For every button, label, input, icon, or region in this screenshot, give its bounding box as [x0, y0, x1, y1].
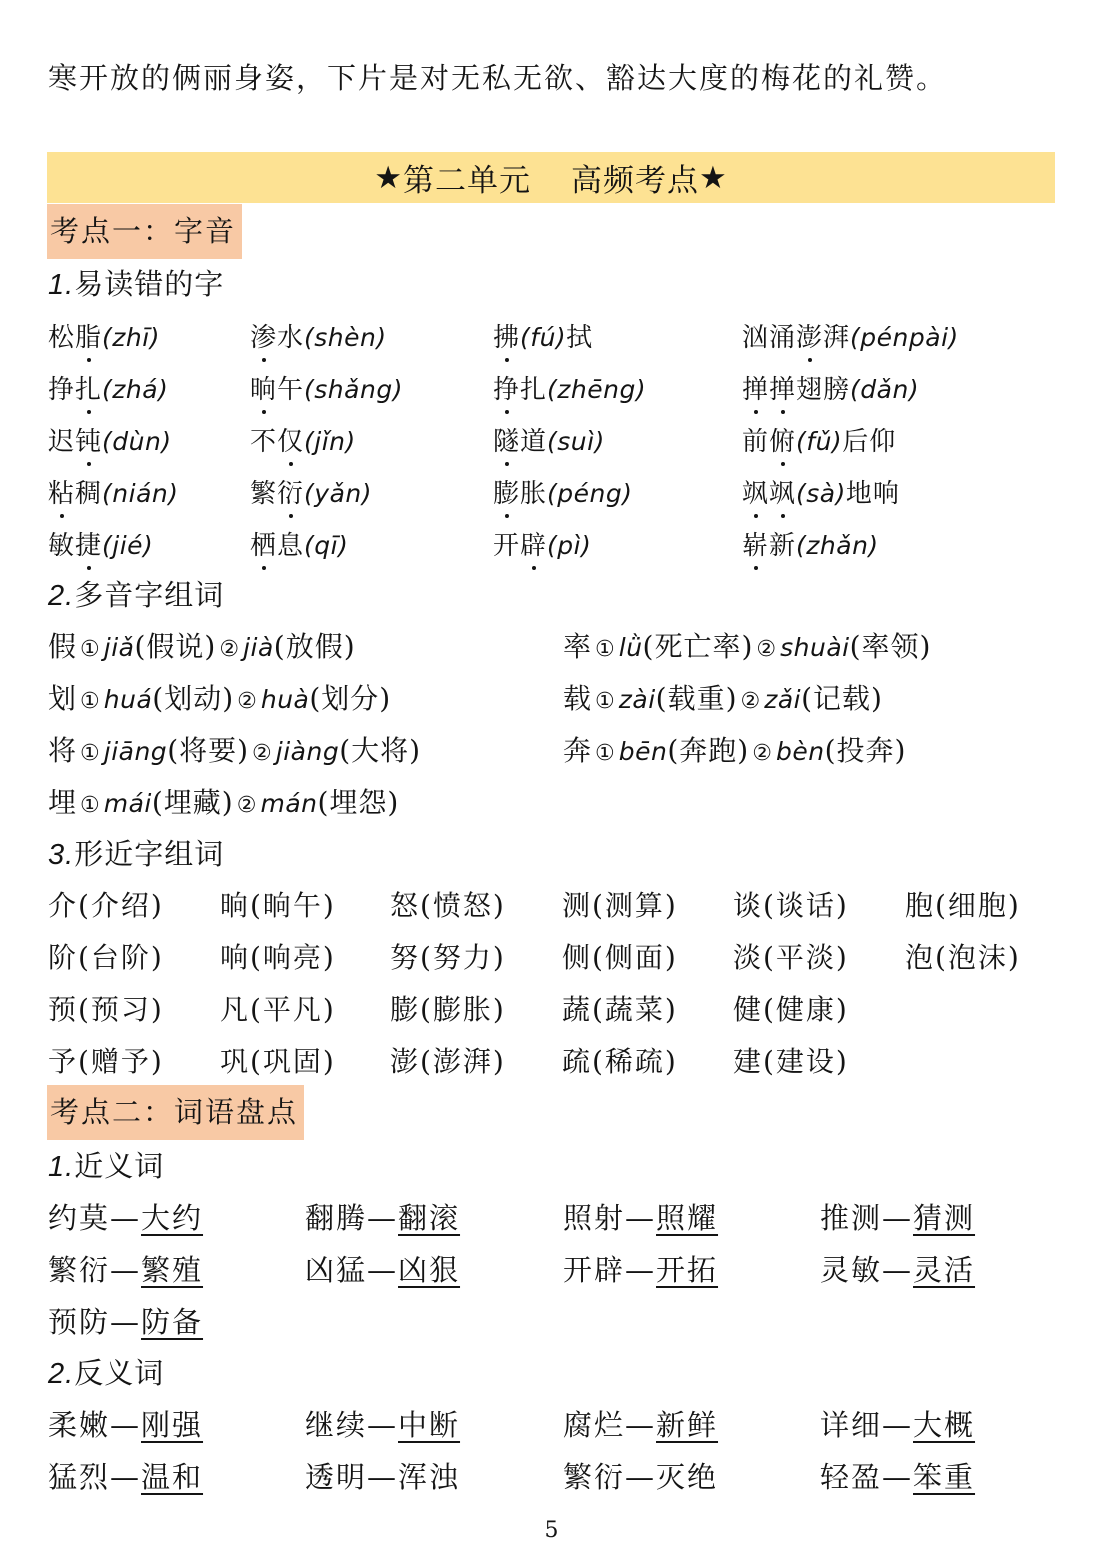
dash: —: [110, 1460, 141, 1494]
character-text: 不: [250, 427, 277, 457]
pronunciation-item: 迟钝(dùn): [48, 424, 172, 460]
similar-character-item: 膨(膨胀): [390, 992, 506, 1028]
circled-number-2: ②: [237, 793, 258, 818]
word: 轻盈: [820, 1460, 882, 1494]
word: 透明: [305, 1460, 367, 1494]
pronunciation-item: 栖息(qī): [250, 528, 348, 564]
answer-word: 猜测: [913, 1201, 975, 1235]
character-text: 息: [277, 531, 304, 561]
word: 柔嫩: [48, 1408, 110, 1442]
dash: —: [625, 1201, 656, 1235]
pinyin: (jié): [102, 531, 153, 560]
polyphonic-item: 奔①bēn(奔跑)②bèn(投奔): [563, 733, 906, 772]
pinyin: (suì): [547, 427, 605, 456]
circled-number-2: ②: [219, 637, 240, 662]
pronunciation-item: 拂(fú)拭: [493, 320, 593, 356]
dash: —: [367, 1408, 398, 1442]
word: 繁衍: [563, 1460, 625, 1494]
circled-number-2: ②: [252, 741, 273, 766]
synonym-pair: 推测—猜测: [820, 1200, 975, 1236]
example-word: (大将): [339, 734, 421, 767]
similar-character-item: 介(介绍): [48, 888, 164, 924]
character-text: 午: [277, 375, 304, 405]
pinyin: jiàng: [276, 737, 339, 766]
pinyin: (jǐn): [304, 427, 356, 456]
character-text: 繁: [250, 479, 277, 509]
character-text: 水: [277, 323, 304, 353]
pinyin: bèn: [776, 737, 825, 766]
similar-character-item: 凡(平凡): [220, 992, 336, 1028]
word: 继续: [305, 1408, 367, 1442]
example-word: (埋怨): [318, 786, 400, 819]
dash: —: [110, 1305, 141, 1339]
character-text: 汹涌: [742, 323, 796, 353]
character-text: 拭: [566, 323, 593, 353]
similar-character-item: 巩(巩固): [220, 1044, 336, 1080]
character-text: 松: [48, 323, 75, 353]
emphasized-character: 崭: [742, 528, 769, 564]
pronunciation-item: 开辟(pì): [493, 528, 591, 564]
emphasized-character: 仅: [277, 424, 304, 460]
character: 奔: [563, 734, 592, 767]
character-text: 扎: [520, 375, 547, 405]
star-icon: ★: [374, 160, 403, 196]
pronunciation-item: 汹涌澎湃(pénpài): [742, 320, 959, 356]
word: 腐烂: [563, 1408, 625, 1442]
similar-character-item: 怒(愤怒): [390, 888, 506, 924]
antonym-pair: 腐烂—新鲜: [563, 1407, 718, 1443]
pinyin: jiǎ: [104, 633, 135, 662]
pinyin: (zhá): [102, 375, 168, 404]
pronunciation-item: 渗水(shèn): [250, 320, 387, 356]
banner-unit-title: 第二单元: [403, 155, 531, 200]
example-word: (记载): [801, 682, 883, 715]
answer-word: 温和: [141, 1460, 203, 1494]
banner-subtitle: 高频考点: [571, 155, 699, 200]
dash: —: [110, 1253, 141, 1287]
emphasized-character: 衍: [277, 476, 304, 512]
pinyin: bēn: [619, 737, 668, 766]
answer-word: 新鲜: [656, 1408, 718, 1442]
word: 照射: [563, 1201, 625, 1235]
pinyin: (péng): [547, 479, 632, 508]
synonym-pair: 翻腾—翻滚: [305, 1200, 460, 1236]
dash: —: [625, 1253, 656, 1287]
antonym-pair: 继续—中断: [305, 1407, 460, 1443]
antonym-pair: 轻盈—笨重: [820, 1459, 975, 1495]
pinyin: (pénpài): [850, 323, 959, 352]
dash: —: [882, 1253, 913, 1287]
pronunciation-item: 隧道(suì): [493, 424, 605, 460]
subheading-misread-characters: 1.易读错的字: [48, 266, 224, 303]
unit-banner: ★ 第二单元 高频考点 ★: [47, 152, 1055, 203]
pronunciation-item: 飒飒(sà)地响: [742, 476, 900, 512]
emphasized-character: 拂: [493, 320, 520, 356]
emphasized-character: 扎: [75, 372, 102, 408]
pinyin: shuài: [780, 633, 849, 662]
word: 猛烈: [48, 1460, 110, 1494]
pronunciation-item: 粘稠(nián): [48, 476, 179, 512]
dash: —: [367, 1253, 398, 1287]
circled-number-1: ①: [595, 741, 616, 766]
antonym-pair: 透明—浑浊: [305, 1459, 460, 1495]
word: 预防: [48, 1305, 110, 1339]
section-heading-pronunciation: 考点一：字音: [47, 204, 242, 259]
pinyin: huá: [104, 685, 153, 714]
emphasized-character: 晌: [250, 372, 277, 408]
similar-character-item: 疏(稀疏): [562, 1044, 678, 1080]
circled-number-2: ②: [756, 637, 777, 662]
synonym-pair: 照射—照耀: [563, 1200, 718, 1236]
word: 约莫: [48, 1201, 110, 1235]
similar-character-item: 晌(晌午): [220, 888, 336, 924]
character-text: 湃: [823, 323, 850, 353]
similar-character-item: 淡(平淡): [733, 940, 849, 976]
polyphonic-item: 假①jiǎ(假说)②jià(放假): [48, 629, 356, 668]
answer-word: 照耀: [656, 1201, 718, 1235]
synonym-pair: 凶猛—凶狠: [305, 1252, 460, 1288]
pinyin: (shǎng): [304, 375, 403, 404]
dash: —: [110, 1408, 141, 1442]
circled-number-2: ②: [741, 689, 762, 714]
character: 载: [563, 682, 592, 715]
pinyin: (zhēng): [547, 375, 646, 404]
pronunciation-item: 晌午(shǎng): [250, 372, 403, 408]
dash: —: [625, 1408, 656, 1442]
circled-number-2: ②: [237, 689, 258, 714]
synonym-pair: 开辟—开拓: [563, 1252, 718, 1288]
character-text: 迟: [48, 427, 75, 457]
document-page: 寒开放的俩丽身姿，下片是对无私无欲、豁达大度的梅花的礼赞。 ★ 第二单元 高频考…: [0, 0, 1103, 1559]
similar-character-item: 响(响亮): [220, 940, 336, 976]
pronunciation-item: 前俯(fǔ)后仰: [742, 424, 896, 460]
pronunciation-item: 膨胀(péng): [493, 476, 633, 512]
antonym-pair: 柔嫩—刚强: [48, 1407, 203, 1443]
similar-character-item: 蔬(蔬菜): [562, 992, 678, 1028]
pinyin: (nián): [102, 479, 178, 508]
character: 假: [48, 630, 77, 663]
word: 凶猛: [305, 1253, 367, 1287]
pinyin: huà: [261, 685, 310, 714]
answer-word: 开拓: [656, 1253, 718, 1287]
dash: —: [367, 1460, 398, 1494]
page-number: 5: [0, 1518, 1103, 1543]
pinyin: (zhī): [102, 323, 160, 352]
subheading-synonyms: 1.近义词: [48, 1148, 164, 1185]
similar-character-item: 泡(泡沫): [905, 940, 1021, 976]
character-text: 翅膀: [796, 375, 850, 405]
emphasized-character: 栖: [250, 528, 277, 564]
subheading-similar-characters: 3.形近字组词: [48, 836, 224, 873]
similar-character-item: 阶(台阶): [48, 940, 164, 976]
dash: —: [882, 1201, 913, 1235]
character: 埋: [48, 786, 77, 819]
synonym-pair: 繁衍—繁殖: [48, 1252, 203, 1288]
answer-word: 大约: [141, 1201, 203, 1235]
circled-number-1: ①: [80, 689, 101, 714]
polyphonic-item: 载①zài(载重)②zǎi(记载): [563, 681, 883, 720]
circled-number-1: ①: [80, 741, 101, 766]
polyphonic-item: 划①huá(划动)②huà(划分): [48, 681, 391, 720]
example-word: (划动): [152, 682, 234, 715]
character-text: 道: [520, 427, 547, 457]
pinyin: (sà): [796, 479, 846, 508]
antonym-pair: 详细—大概: [820, 1407, 975, 1443]
similar-character-item: 健(健康): [733, 992, 849, 1028]
emphasized-character: 辟: [520, 528, 547, 564]
character: 率: [563, 630, 592, 663]
emphasized-character: 俯: [769, 424, 796, 460]
emphasized-character: 捷: [75, 528, 102, 564]
circled-number-1: ①: [595, 637, 616, 662]
character-text: 后仰: [842, 427, 896, 457]
pinyin: (fǔ): [796, 427, 842, 456]
emphasized-character: 粘: [48, 476, 75, 512]
example-word: (埋藏): [152, 786, 234, 819]
circled-number-1: ①: [80, 637, 101, 662]
pinyin: (dùn): [102, 427, 172, 456]
dash: —: [625, 1460, 656, 1494]
emphasized-character: 脂: [75, 320, 102, 356]
character-text: 敏: [48, 531, 75, 561]
antonym-pair: 猛烈—温和: [48, 1459, 203, 1495]
word: 详细: [820, 1408, 882, 1442]
pronunciation-item: 不仅(jǐn): [250, 424, 356, 460]
example-word: (放假): [274, 630, 356, 663]
emphasized-character: 掸: [742, 372, 769, 408]
polyphonic-item: 将①jiāng(将要)②jiàng(大将): [48, 733, 421, 772]
similar-character-item: 侧(侧面): [562, 940, 678, 976]
similar-character-item: 澎(澎湃): [390, 1044, 506, 1080]
example-word: (奔跑): [667, 734, 749, 767]
circled-number-1: ①: [595, 689, 616, 714]
example-word: (率领): [850, 630, 932, 663]
pronunciation-item: 挣扎(zhá): [48, 372, 168, 408]
answer-word: 凶狠: [398, 1253, 460, 1287]
intro-paragraph: 寒开放的俩丽身姿，下片是对无私无欲、豁达大度的梅花的礼赞。: [48, 60, 947, 96]
pronunciation-item: 敏捷(jié): [48, 528, 153, 564]
character: 将: [48, 734, 77, 767]
subheading-antonyms: 2.反义词: [48, 1355, 164, 1392]
answer-word: 浑浊: [398, 1460, 460, 1494]
emphasized-character: 隧: [493, 424, 520, 460]
pronunciation-item: 掸掸翅膀(dǎn): [742, 372, 919, 408]
pronunciation-item: 繁衍(yǎn): [250, 476, 372, 512]
polyphonic-item: 率①lǜ(死亡率)②shuài(率领): [563, 629, 931, 668]
emphasized-character: 飒: [742, 476, 769, 512]
answer-word: 繁殖: [141, 1253, 203, 1287]
section-heading-vocabulary: 考点二：词语盘点: [47, 1085, 304, 1140]
example-word: (将要): [167, 734, 249, 767]
dash: —: [367, 1201, 398, 1235]
dash: —: [882, 1460, 913, 1494]
word: 推测: [820, 1201, 882, 1235]
character-text: 挣: [48, 375, 75, 405]
pinyin: (pì): [547, 531, 591, 560]
answer-word: 翻滚: [398, 1201, 460, 1235]
pinyin: (yǎn): [304, 479, 372, 508]
emphasized-character: 飒: [769, 476, 796, 512]
answer-word: 大概: [913, 1408, 975, 1442]
word: 翻腾: [305, 1201, 367, 1235]
dash: —: [110, 1201, 141, 1235]
word: 开辟: [563, 1253, 625, 1287]
synonym-pair: 约莫—大约: [48, 1200, 203, 1236]
emphasized-character: 渗: [250, 320, 277, 356]
pinyin: (qī): [304, 531, 348, 560]
dash: —: [882, 1408, 913, 1442]
star-icon: ★: [699, 160, 728, 196]
similar-character-item: 努(努力): [390, 940, 506, 976]
word: 繁衍: [48, 1253, 110, 1287]
pinyin: lǜ: [619, 633, 643, 662]
similar-character-item: 测(测算): [562, 888, 678, 924]
word: 灵敏: [820, 1253, 882, 1287]
answer-word: 笨重: [913, 1460, 975, 1494]
pronunciation-item: 松脂(zhī): [48, 320, 160, 356]
subheading-polyphonic-characters: 2.多音字组词: [48, 577, 224, 614]
character-text: 地响: [846, 479, 900, 509]
pinyin: (zhǎn): [796, 531, 879, 560]
character-text: 胀: [520, 479, 547, 509]
pronunciation-item: 挣扎(zhēng): [493, 372, 646, 408]
answer-word: 灭绝: [656, 1460, 718, 1494]
synonym-pair: 灵敏—灵活: [820, 1252, 975, 1288]
character-text: 前: [742, 427, 769, 457]
similar-character-item: 谈(谈话): [733, 888, 849, 924]
character-text: 新: [769, 531, 796, 561]
answer-word: 防备: [141, 1305, 203, 1339]
pinyin: jiāng: [104, 737, 167, 766]
polyphonic-item: 埋①mái(埋藏)②mán(埋怨): [48, 785, 399, 824]
character: 划: [48, 682, 77, 715]
pinyin: mái: [104, 789, 152, 818]
synonym-pair: 预防—防备: [48, 1304, 203, 1340]
pinyin: mán: [260, 789, 317, 818]
emphasized-character: 掸: [769, 372, 796, 408]
answer-word: 中断: [398, 1408, 460, 1442]
circled-number-2: ②: [752, 741, 773, 766]
emphasized-character: 挣: [493, 372, 520, 408]
pinyin: (shèn): [304, 323, 387, 352]
similar-character-item: 建(建设): [733, 1044, 849, 1080]
similar-character-item: 预(预习): [48, 992, 164, 1028]
pinyin: zǎi: [764, 685, 801, 714]
circled-number-1: ①: [80, 793, 101, 818]
emphasized-character: 澎: [796, 320, 823, 356]
similar-character-item: 予(赠予): [48, 1044, 164, 1080]
pinyin: (fú): [520, 323, 566, 352]
example-word: (划分): [309, 682, 391, 715]
pinyin: zài: [619, 685, 656, 714]
answer-word: 刚强: [141, 1408, 203, 1442]
antonym-pair: 繁衍—灭绝: [563, 1459, 718, 1495]
example-word: (死亡率): [643, 630, 754, 663]
example-word: (假说): [134, 630, 216, 663]
character-text: 开: [493, 531, 520, 561]
character-text: 稠: [75, 479, 102, 509]
pinyin: jià: [243, 633, 274, 662]
pronunciation-item: 崭新(zhǎn): [742, 528, 879, 564]
example-word: (载重): [656, 682, 738, 715]
pinyin: (dǎn): [850, 375, 919, 404]
example-word: (投奔): [825, 734, 907, 767]
emphasized-character: 膨: [493, 476, 520, 512]
answer-word: 灵活: [913, 1253, 975, 1287]
emphasized-character: 钝: [75, 424, 102, 460]
similar-character-item: 胞(细胞): [905, 888, 1021, 924]
